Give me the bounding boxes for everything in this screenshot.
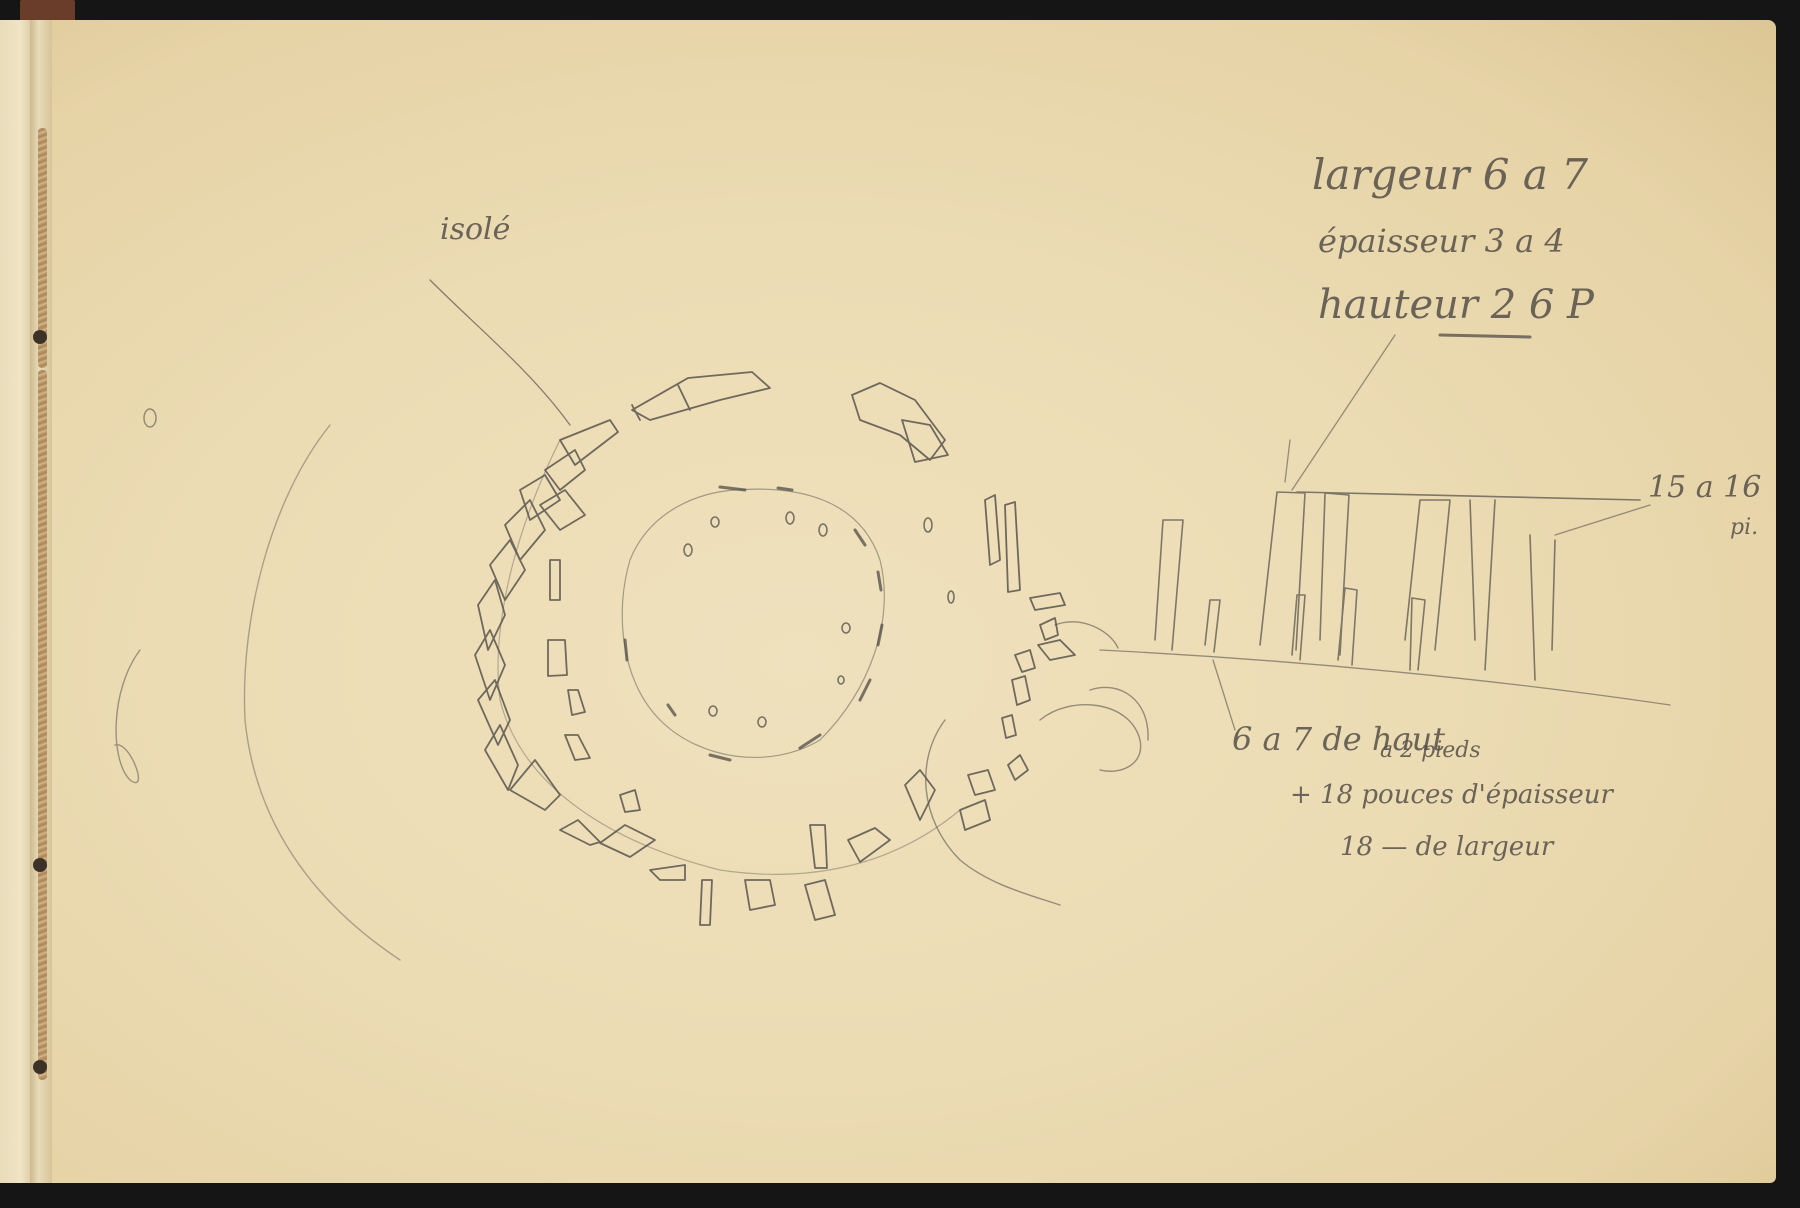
isole-leader-line [430,280,570,425]
top-note-leader [1292,335,1395,490]
small-mark [144,409,156,427]
sketchbook-scan: isolé largeur 6 a 7 épaisseur 3 a 4 haut… [0,0,1800,1208]
inner-posts [684,512,954,727]
height-leader [1555,505,1650,535]
height-tick [1285,440,1290,482]
stone-height-note: 15 a 16 [1648,470,1761,505]
stone-height-unit: pi. [1730,515,1758,540]
outer-stone-ring [475,372,1075,925]
outer-ring-guide [498,440,960,874]
width-note: largeur 6 a 7 [1312,150,1588,199]
ground-line [1100,650,1670,705]
right-cluster [926,622,1148,905]
outer-arc [244,425,400,960]
isole-label: isolé [440,212,510,247]
small-stone-thickness-note: + 18 pouces d'épaisseur [1290,780,1613,810]
stray-mark [115,650,140,783]
elevation-stones [1155,492,1640,680]
thickness-note: épaisseur 3 a 4 [1318,222,1565,260]
small-stone-height-note-2: a 2 pieds [1380,738,1481,763]
height-note: hauteur 2 6 P [1318,282,1594,328]
scribble-strike [1440,335,1530,337]
small-stone-width-note: 18 — de largeur [1340,832,1553,862]
